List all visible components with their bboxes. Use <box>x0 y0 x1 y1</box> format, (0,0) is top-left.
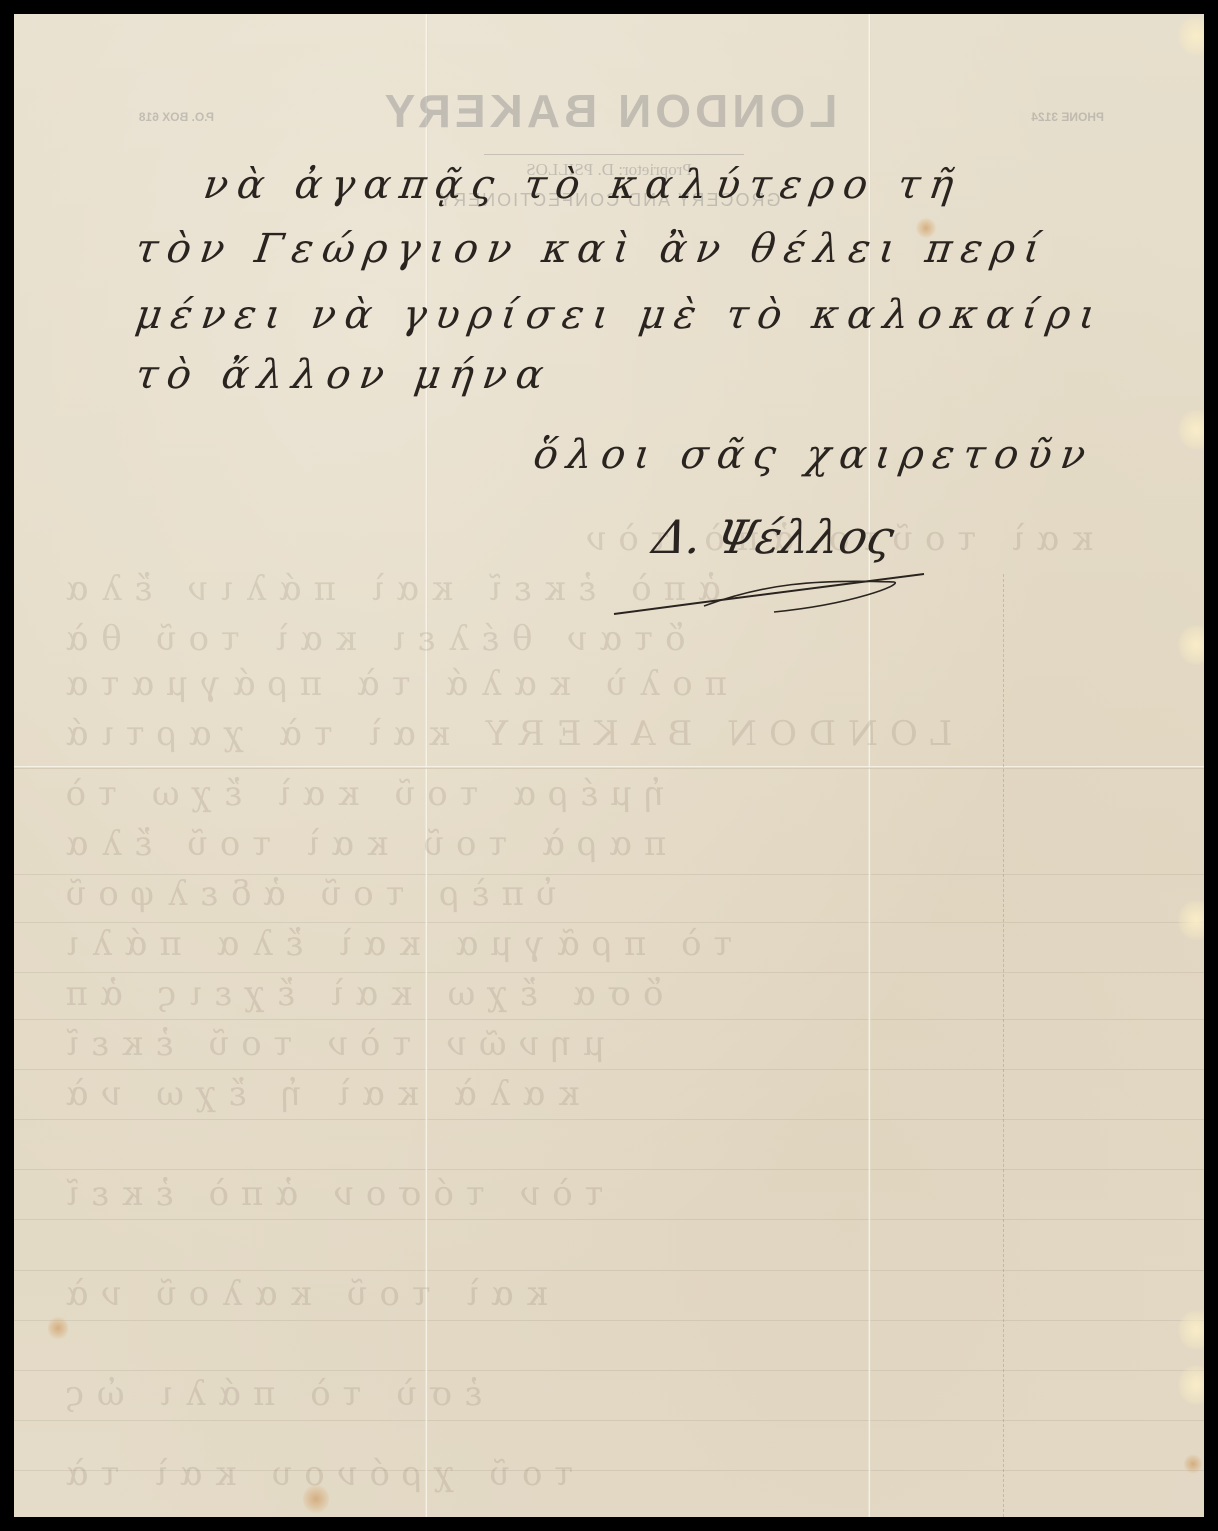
foxing-stain <box>1184 1454 1202 1474</box>
ruled-line <box>14 1320 1204 1321</box>
reverse-writing-line: καὶ τοῦ καλοῦ νὰ <box>50 1274 552 1314</box>
reverse-writing-line: καλὰ καὶ ἡ ἔχω νὰ <box>50 1074 583 1114</box>
ruled-line <box>14 922 1204 923</box>
letterhead-show-through: LONDON BAKERY Proprietor: D. PSILLOS GRO… <box>14 84 1204 234</box>
ruled-line <box>14 1219 1204 1220</box>
dashed-guide-line <box>1003 574 1004 1517</box>
reverse-writing-line: ἐσὺ τὸ πάλι ὡς <box>50 1374 486 1414</box>
letter-page: LONDON BAKERY Proprietor: D. PSILLOS GRO… <box>14 14 1204 1517</box>
reverse-writing-line: ἡμέρα τοῦ καὶ ἔχω τὸ <box>50 774 668 814</box>
letter-line-3: μένει νὰ γυρίσει μὲ τὸ καλοκαίρι <box>133 292 1108 338</box>
letterhead-rule <box>484 154 744 155</box>
punch-hole <box>1178 625 1204 665</box>
ruled-line <box>14 1119 1204 1120</box>
punch-hole <box>1178 16 1204 56</box>
reverse-writing-line: τὸ πρᾶγμα καὶ ἔλα πάλι <box>50 924 736 964</box>
letterhead-phone: PHONE 3124 <box>1031 110 1104 124</box>
reverse-writing-line: πολὺ καλά τὰ πράγματα <box>50 664 730 704</box>
ruled-line <box>14 1019 1204 1020</box>
letter-closing: ὅλοι σᾶς χαιρετοῦν <box>531 432 1098 478</box>
ruled-line <box>14 1370 1204 1371</box>
ruled-line <box>14 972 1204 973</box>
letterhead-po-box: P.O. BOX 618 <box>139 110 214 124</box>
letter-line-2: τὸν Γεώργιον καὶ ἂν θέλει περί <box>133 226 1052 272</box>
reverse-writing-line: ὑπὲρ τοῦ ἀδελφοῦ <box>50 874 560 914</box>
reverse-writing-line: τὸν τόσον ἀπὸ ἐκεῖ <box>50 1174 607 1214</box>
reverse-writing-line: ὅσα ἔχω καὶ ἔχεις ἀπ <box>50 974 667 1014</box>
punch-hole <box>1178 1310 1204 1350</box>
reverse-writing-line: μηνῶν τὸν τοῦ ἐκεῖ <box>50 1024 609 1064</box>
reverse-writing-line: LONDON BAKERY καὶ τὰ χαρτιά <box>50 714 955 754</box>
foxing-stain <box>916 218 936 238</box>
ruled-line <box>14 1420 1204 1421</box>
ruled-line <box>14 1270 1204 1271</box>
reverse-writing-line: παρὰ τοῦ καὶ τοῦ ἔλα <box>50 824 670 864</box>
punch-hole <box>1178 410 1204 450</box>
horizontal-fold-crease <box>14 766 1204 769</box>
letter-line-1: νὰ ἀγαπᾷς τὸ καλύτερο τῆ <box>201 162 966 208</box>
ruled-line <box>14 1169 1204 1170</box>
punch-hole <box>1178 1365 1204 1405</box>
foxing-stain <box>303 1484 329 1514</box>
foxing-stain <box>48 1316 68 1340</box>
reverse-writing-line: ὅταν θέλει καὶ τοῦ θὰ <box>50 619 689 659</box>
ruled-line <box>14 1069 1204 1070</box>
signature-flourish <box>604 544 944 624</box>
letter-line-4: τὸ ἄλλον μήνα <box>133 352 556 398</box>
punch-hole <box>1178 900 1204 940</box>
